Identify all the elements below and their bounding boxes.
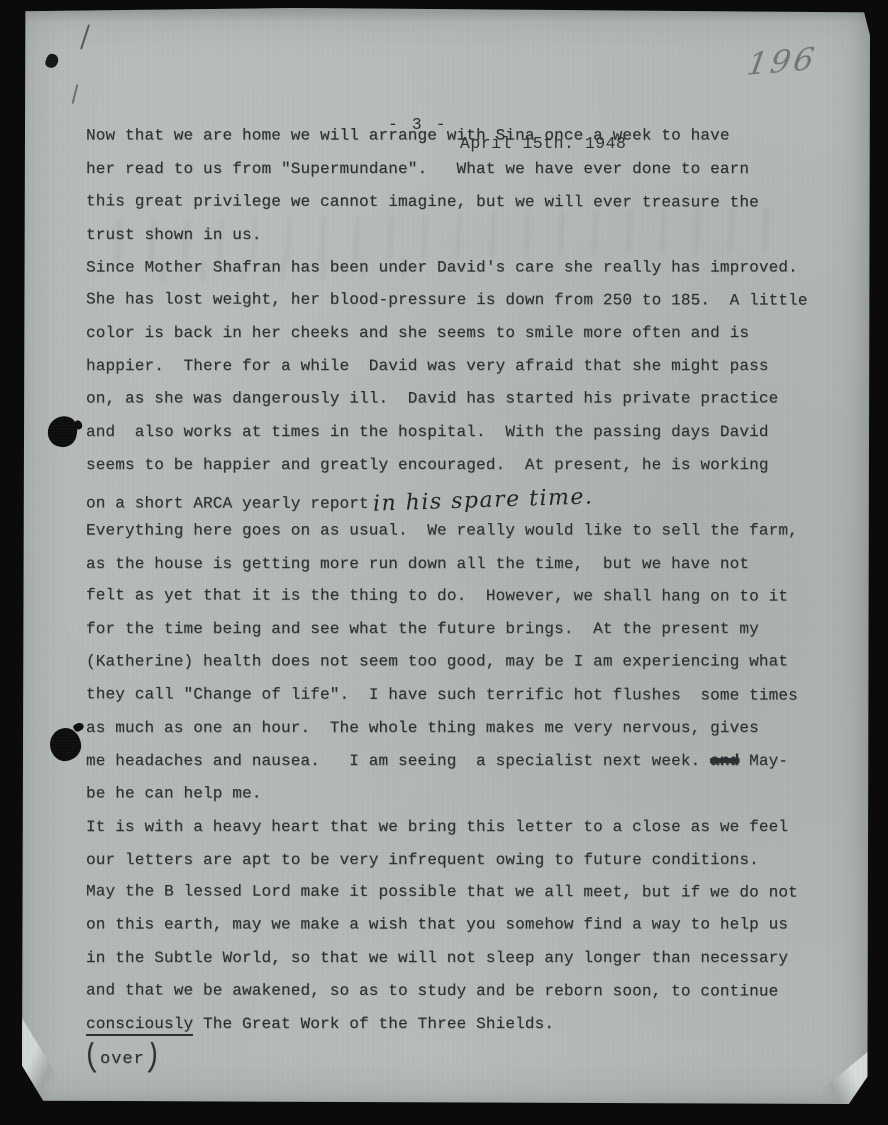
typed-text: It is with a heavy heart that we bring t… <box>86 818 788 836</box>
corner-fold <box>804 1050 870 1104</box>
typed-text: as the house is getting more run down al… <box>86 555 749 573</box>
typed-text: May the B lessed Lord make it possible t… <box>86 883 798 902</box>
typed-text: on this earth, may we make a wish that y… <box>86 916 788 934</box>
typed-text: and also works at times in the hospital.… <box>86 423 769 441</box>
underlined-word: consciously <box>86 1015 193 1036</box>
typed-line: on, as she was dangerously ill. David ha… <box>86 390 832 423</box>
over-note: (over) <box>84 1042 161 1071</box>
typed-text: (Katherine) health does not seem too goo… <box>86 653 788 671</box>
struck-out-word: and <box>710 752 739 770</box>
typed-line: me headaches and nausea. I am seeing a s… <box>86 752 832 785</box>
typed-text: May- <box>739 752 788 770</box>
typed-text: on a short ARCA yearly report <box>86 494 369 512</box>
typed-line: they call "Change of life". I have such … <box>86 685 832 719</box>
typed-line: on a short ARCA yearly reportin his spar… <box>86 488 832 522</box>
typed-text: in the Subtle World, so that we will not… <box>86 949 788 967</box>
typed-line: trust shown in us. <box>86 226 832 259</box>
typed-text: She has lost weight, her blood-pressure … <box>86 291 808 310</box>
typed-line: her read to us from "Supermundane". What… <box>86 160 832 193</box>
typed-line: consciously The Great Work of the Three … <box>86 1015 832 1048</box>
typed-text: this great privilege we cannot imagine, … <box>86 192 759 211</box>
typed-line: this great privilege we cannot imagine, … <box>86 192 832 226</box>
typed-text: felt as yet that it is the thing to do. … <box>86 587 788 606</box>
typed-line: and also works at times in the hospital.… <box>86 423 832 456</box>
over-label: over <box>100 1050 145 1069</box>
typed-line: Now that we are home we will arrange wit… <box>86 127 832 160</box>
typed-line: color is back in her cheeks and she seem… <box>86 324 832 357</box>
typed-text: our letters are apt to be very infrequen… <box>86 851 759 869</box>
typed-text: Since Mother Shafran has been under Davi… <box>86 258 798 276</box>
open-paren: ( <box>82 1038 101 1078</box>
typed-text: happier. There for a while David was ver… <box>86 357 769 375</box>
typed-line: She has lost weight, her blood-pressure … <box>86 291 832 325</box>
typed-text: they call "Change of life". I have such … <box>86 685 798 704</box>
typed-text: seems to be happier and greatly encourag… <box>86 456 769 474</box>
pencil-page-number: 196 <box>744 41 819 83</box>
typed-text: The Great Work of the Three Shields. <box>193 1015 554 1033</box>
typed-line: our letters are apt to be very infrequen… <box>86 851 832 884</box>
letter-page: 196 - 3 - April 15th. 1948 Now that we a… <box>22 8 870 1104</box>
typed-text: as much as one an hour. The whole thing … <box>86 719 759 737</box>
typed-line: (Katherine) health does not seem too goo… <box>86 653 832 686</box>
handwritten-insertion: in his spare time. <box>372 484 593 516</box>
typed-line: on this earth, may we make a wish that y… <box>86 916 832 949</box>
typed-line: felt as yet that it is the thing to do. … <box>86 587 832 621</box>
typed-text: color is back in her cheeks and she seem… <box>86 324 749 342</box>
typed-text: trust shown in us. <box>86 226 262 244</box>
typed-text: Now that we are home we will arrange wit… <box>86 127 730 145</box>
letter-body: Now that we are home we will arrange wit… <box>86 127 832 1048</box>
typed-line: for the time being and see what the futu… <box>86 620 832 653</box>
typed-text: on, as she was dangerously ill. David ha… <box>86 390 778 408</box>
typed-line: seems to be happier and greatly encourag… <box>86 456 832 489</box>
typed-text: her read to us from "Supermundane". What… <box>86 160 749 178</box>
paper-edge-shadow <box>22 8 870 22</box>
typed-line: as much as one an hour. The whole thing … <box>86 719 832 752</box>
ink-blot <box>45 413 80 449</box>
typed-text: for the time being and see what the futu… <box>86 620 759 638</box>
ink-speck <box>44 52 60 69</box>
close-paren: ) <box>143 1038 162 1078</box>
typed-line: in the Subtle World, so that we will not… <box>86 949 832 982</box>
typed-line: May the B lessed Lord make it possible t… <box>86 883 832 917</box>
typed-text: me headaches and nausea. I am seeing a s… <box>86 752 710 770</box>
corner-fold <box>22 1018 74 1104</box>
typed-text: and that we be awakened, so as to study … <box>86 982 778 1001</box>
typed-line: as the house is getting more run down al… <box>86 555 832 588</box>
typed-line: be he can help me. <box>86 784 832 817</box>
page-header: - 3 - April 15th. 1948 <box>22 96 870 122</box>
typed-line: Everything here goes on as usual. We rea… <box>86 521 832 554</box>
typed-line: happier. There for a while David was ver… <box>86 357 832 390</box>
typed-line: and that we be awakened, so as to study … <box>86 982 832 1016</box>
crease-mark <box>80 24 90 49</box>
typed-line: Since Mother Shafran has been under Davi… <box>86 258 832 291</box>
typed-text: Everything here goes on as usual. We rea… <box>86 521 798 539</box>
ink-blot <box>48 726 83 763</box>
typed-line: It is with a heavy heart that we bring t… <box>86 818 832 851</box>
typed-text: be he can help me. <box>86 784 262 802</box>
